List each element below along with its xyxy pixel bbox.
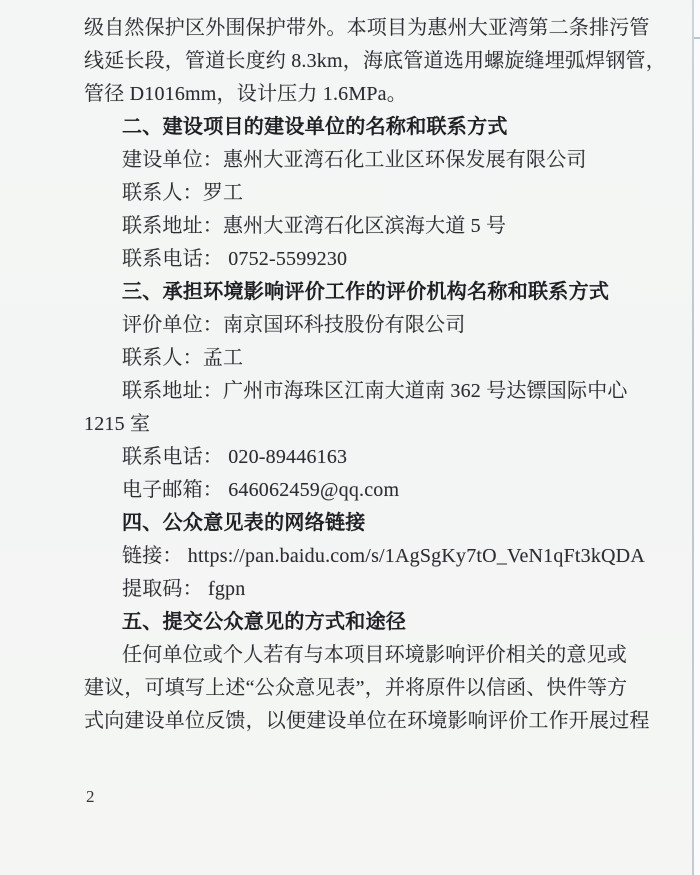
- construction-unit-name-line: 建设单位：惠州大亚湾石化工业区环保发展有限公司: [84, 144, 650, 177]
- intro-paragraph-line: 级自然保护区外围保护带外。本项目为惠州大亚湾第二条排污管: [84, 12, 650, 45]
- eia-contact-email-line: 电子邮箱： 646062459@qq.com: [84, 474, 650, 507]
- construction-contact-phone-line: 联系电话： 0752-5599230: [84, 243, 650, 276]
- eia-contact-person-line: 联系人：孟工: [84, 342, 650, 375]
- intro-paragraph-line: 管径 D1016mm，设计压力 1.6MPa。: [84, 78, 650, 111]
- page-number: 2: [86, 786, 95, 808]
- scan-edge-tick: [694, 37, 700, 39]
- eia-contact-address-line: 联系地址：广州市海珠区江南大道南 362 号达镖国际中心: [84, 375, 650, 408]
- submission-paragraph-line: 建议，可填写上述“公众意见表”，并将原件以信函、快件等方: [84, 672, 650, 705]
- eia-contact-address-wrap-line: 1215 室: [84, 408, 650, 441]
- eia-agency-name-line: 评价单位：南京国环科技股份有限公司: [84, 309, 650, 342]
- intro-paragraph-line: 线延长段，管道长度约 8.3km，海底管道选用螺旋缝埋弧焊钢管，: [84, 45, 650, 78]
- scan-edge-strip: [694, 0, 700, 875]
- submission-paragraph-line: 式向建设单位反馈，以便建设单位在环境影响评价工作开展过程: [84, 705, 650, 738]
- submission-paragraph-line: 任何单位或个人若有与本项目环境影响评价相关的意见或: [84, 639, 650, 672]
- eia-contact-phone-line: 联系电话： 020-89446163: [84, 441, 650, 474]
- section-heading-submission-methods: 五、提交公众意见的方式和途径: [84, 606, 650, 639]
- construction-contact-address-line: 联系地址：惠州大亚湾石化区滨海大道 5 号: [84, 210, 650, 243]
- feedback-form-url-line: 链接： https://pan.baidu.com/s/1AgSgKy7tO_V…: [84, 540, 650, 573]
- scan-edge-line: [692, 0, 694, 875]
- section-heading-feedback-form-link: 四、公众意见表的网络链接: [84, 507, 650, 540]
- section-heading-construction-unit: 二、建设项目的建设单位的名称和联系方式: [84, 111, 650, 144]
- section-heading-eia-agency: 三、承担环境影响评价工作的评价机构名称和联系方式: [84, 276, 650, 309]
- construction-contact-person-line: 联系人：罗工: [84, 177, 650, 210]
- document-content: 级自然保护区外围保护带外。本项目为惠州大亚湾第二条排污管 线延长段，管道长度约 …: [84, 12, 650, 738]
- feedback-form-extraction-code-line: 提取码： fgpn: [84, 573, 650, 606]
